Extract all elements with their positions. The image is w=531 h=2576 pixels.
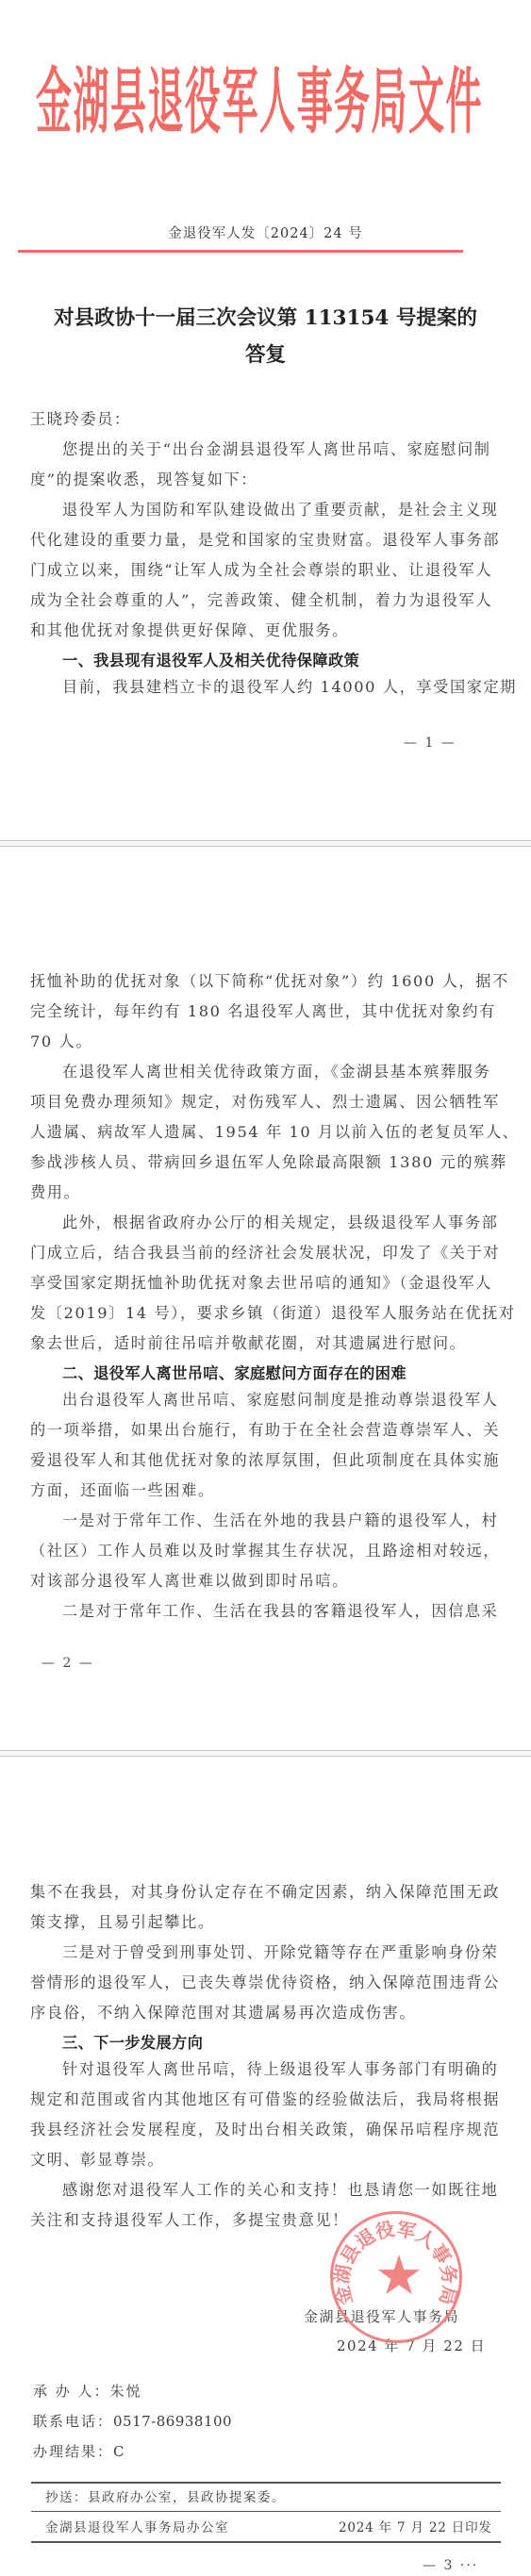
paragraph-line: 集不在我县，对其身份认定存在不确定因素，纳入保障范围无政: [30, 1882, 502, 1903]
paragraph-line: 成为全社会尊重的人”，完善政策、健全机制，着力为退役军人: [30, 590, 502, 611]
paragraph-line: 此外，根据省政府办公厅的相关规定，县级退役军人事务部: [62, 1213, 502, 1233]
paragraph-line: 享受国家定期抚恤补助优抚对象去世吊唁的通知》（金退役军人: [30, 1273, 502, 1294]
document-title-line-2: 答复: [0, 339, 531, 368]
paragraph-line: 费用。: [30, 1182, 502, 1203]
issuing-office: 金湖县退役军人事务局办公室: [45, 2517, 229, 2535]
paragraph-line: （社区）工作人员难以及时掌握其生存状况，且路途相对较远，: [30, 1541, 502, 1561]
paragraph-line: 您提出的关于“出台金湖县退役军人离世吊唁、家庭慰问制: [62, 439, 502, 460]
paragraph-line: 序良俗，不纳入保障范围对其遗属易再次造成伤害。: [30, 2003, 502, 2023]
paragraph-line: 感谢您对退役军人工作的关心和支持！也恳请您一如既往地: [62, 2180, 502, 2201]
paragraph-line: 在退役军人离世相关优待政策方面，《金湖县基本殡葬服务: [62, 1062, 502, 1082]
paragraph-line: 完全统计，每年约有 180 名退役军人离世，其中优抚对象约有: [30, 1001, 502, 1022]
paragraph-line: 誉情形的退役军人，已丧失尊崇优待资格，纳入保障范围违背公: [30, 1973, 502, 1993]
paragraph-line: 规定和范围或省内其他地区有可借鉴的经验做法后，我局将根据: [30, 2089, 502, 2110]
document-number: 金退役军人发〔2024〕24 号: [0, 223, 531, 242]
page-1: 金湖县退役军人事务局文件 金退役军人发〔2024〕24 号 对县政协十一届三次会…: [0, 0, 531, 840]
result-row: 办理结果：C: [33, 2441, 126, 2461]
page-separator: [0, 1750, 531, 1757]
paragraph-line: 发〔2019〕14 号），要求乡镇（街道）退役军人服务站在优抚对: [30, 1303, 502, 1324]
paragraph-line: 一是对于常年工作、生活在外地的我县户籍的退役军人，村: [62, 1511, 502, 1531]
paragraph-line: 参战涉核人员、带病回乡退伍军人免除最高限额 1380 元的殡葬: [30, 1152, 502, 1173]
document-title-line-1: 对县政协十一届三次会议第 113154 号提案的: [0, 302, 531, 331]
paragraph-line: 门成立以来，围绕“让军人成为全社会尊崇的职业、让退役军人: [30, 560, 502, 581]
result-value: C: [113, 2443, 125, 2460]
page-number: — 2 —: [41, 1656, 94, 1671]
section-heading-2: 二、退役军人离世吊唁、家庭慰问方面存在的困难: [62, 1361, 407, 1383]
page-number: — 3 ···: [423, 2558, 478, 2573]
paragraph-line: 的一项举措，如果出台施行，有助于在全社会营造尊崇军人、关: [30, 1420, 502, 1441]
phone-label: 联系电话：: [33, 2413, 113, 2430]
paragraph-line: 爱退役军人和其他优抚对象的浓厚氛围，但此项制度在具体实施: [30, 1450, 502, 1471]
paragraph-line: 度”的提案收悉，现答复如下：: [30, 470, 502, 490]
paragraph-line: 方面，还面临一些困难。: [30, 1480, 502, 1501]
distribution-bottom-rule: [31, 2541, 501, 2543]
paragraph-line: 三是对于曾受到刑事处罚、开除党籍等存在严重影响身份荣: [62, 1942, 502, 1963]
paragraph-line: 代化建设的重要力量，是党和国家的宝贵财富。退役军人事务部: [30, 530, 502, 551]
section-heading-1: 一、我县现有退役军人及相关优待保障政策: [62, 648, 359, 670]
page-3: 集不在我县，对其身份认定存在不确定因素，纳入保障范围无政 策支撑，且易引起攀比。…: [0, 1757, 531, 2576]
phone-value: 0517-86938100: [113, 2413, 232, 2430]
distribution-top-rule: [31, 2482, 501, 2484]
section-heading-3: 三、下一步发展方向: [62, 2030, 203, 2053]
distribution-middle-rule: [31, 2511, 501, 2512]
paragraph-line: 策支撑，且易引起攀比。: [30, 1912, 502, 1933]
paragraph-line: 项目免费办理须知》规定，对伤残军人、烈士遗属、因公牺牲军: [30, 1092, 502, 1113]
page-number: — 1 —: [404, 735, 456, 751]
red-separator-rule: [18, 250, 463, 253]
paragraph-line: 针对退役军人离世吊唁，待上级退役军人事务部门有明确的: [62, 2059, 502, 2080]
paragraph-line: 二是对于常年工作、生活在我县的客籍退役军人，因信息采: [62, 1601, 502, 1622]
cc-recipients: 抄送：县政府办公室，县政协提案委。: [45, 2486, 286, 2505]
paragraph-line: 象去世后，适时前往吊唁并敬献花圈，对其遗属进行慰问。: [30, 1333, 502, 1354]
paragraph-line: 对该部分退役军人离世难以做到即时吊唁。: [30, 1571, 502, 1592]
salutation: 王晓玲委员：: [30, 409, 502, 430]
result-label: 办理结果：: [33, 2443, 113, 2460]
page-separator: [0, 840, 531, 847]
handler-row: 承 办 人：朱悦: [33, 2381, 142, 2401]
issuer-title: 金湖县退役军人事务局文件: [36, 8, 447, 196]
paragraph-line: 目前，我县建档立卡的退役军人约 14000 人，享受国家定期: [62, 677, 502, 698]
official-seal: 金湖县退役军人事务局 ★: [330, 2211, 462, 2343]
paragraph-line: 出台退役军人离世吊唁、家庭慰问制度是推动尊崇退役军人: [62, 1390, 502, 1411]
paragraph-line: 文明、彰显尊崇。: [30, 2150, 502, 2171]
paragraph-line: 70 人。: [30, 1032, 502, 1052]
paragraph-line: 人遗属、病故军人遗属、1954 年 10 月以前入伍的老复员军人、: [30, 1122, 502, 1143]
phone-row: 联系电话：0517-86938100: [33, 2411, 232, 2431]
paragraph-line: 退役军人为国防和军队建设做出了重要贡献，是社会主义现: [62, 500, 502, 520]
print-date: 2024 年 7 月 22 日印发: [339, 2517, 492, 2535]
handler-value: 朱悦: [110, 2383, 142, 2400]
paragraph-line: 抚恤补助的优抚对象（以下简称“优抚对象”）约 1600 人，据不: [30, 971, 502, 992]
paragraph-line: 和其他优抚对象提供更好保障、更优服务。: [30, 620, 502, 641]
paragraph-line: 门成立后，结合我县当前的经济社会发展状况，印发了《关于对: [30, 1243, 502, 1263]
paragraph-line: 我县经济社会发展程度，及时出台相关政策，确保吊唁程序规范: [30, 2120, 502, 2140]
star-icon: ★: [373, 2250, 425, 2301]
handler-label: 承 办 人：: [33, 2383, 110, 2400]
page-2: 抚恤补助的优抚对象（以下简称“优抚对象”）约 1600 人，据不 完全统计，每年…: [0, 847, 531, 1750]
